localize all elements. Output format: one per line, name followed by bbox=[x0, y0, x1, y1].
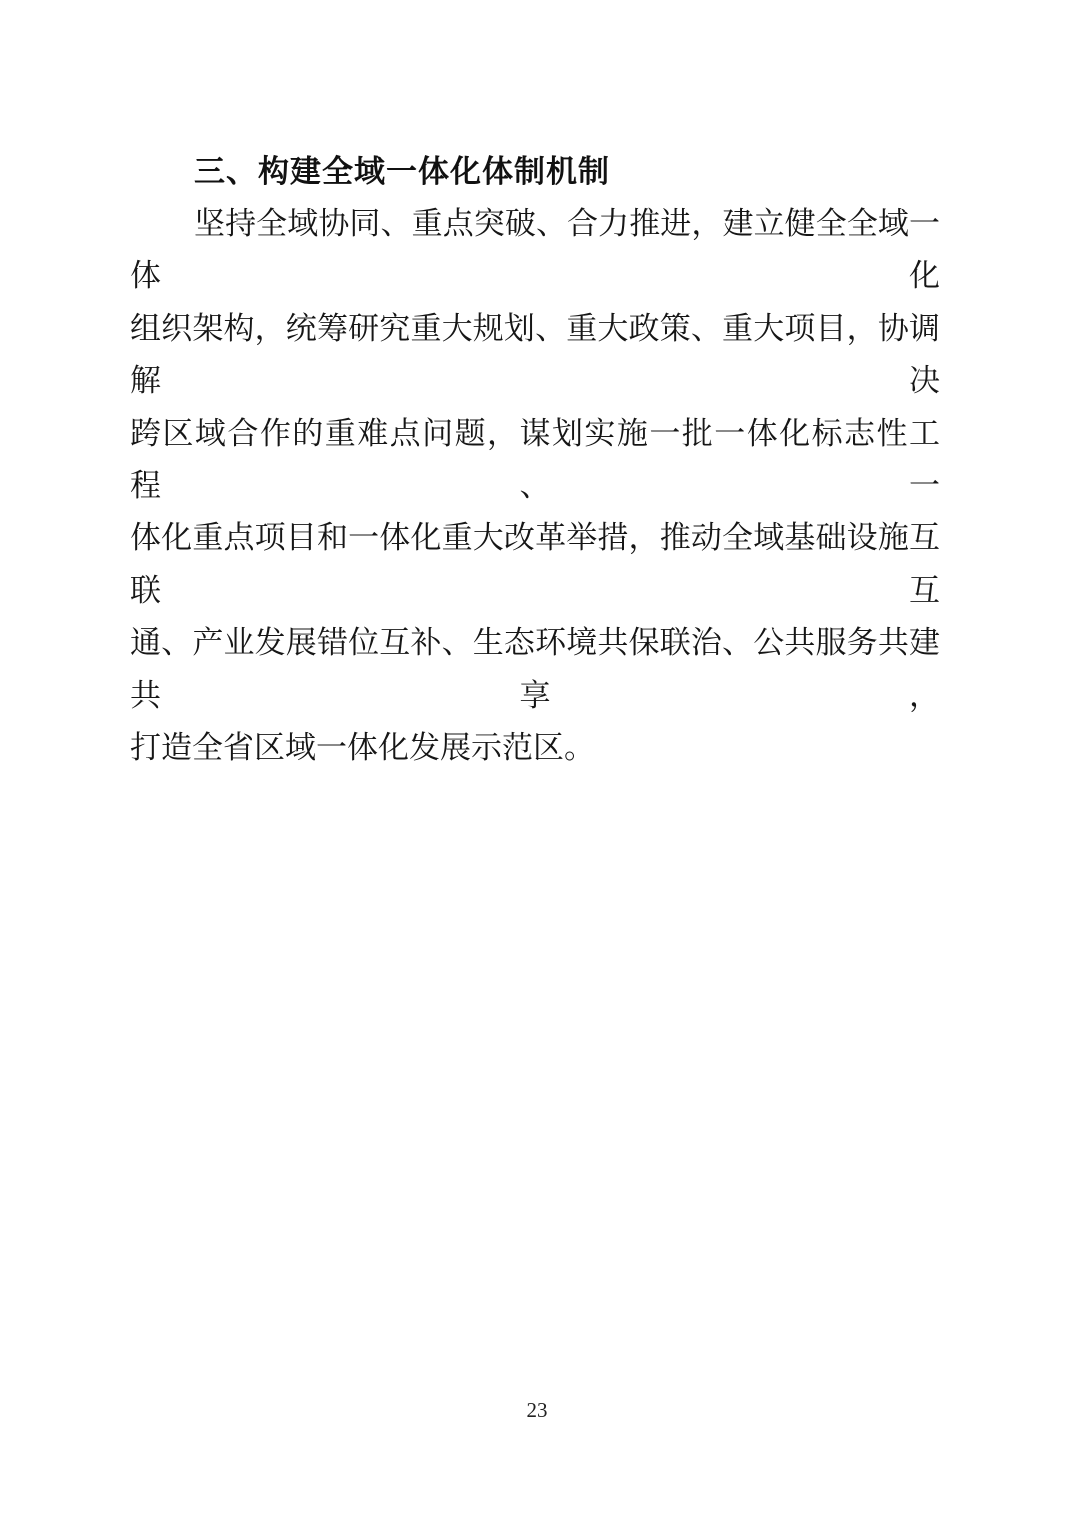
page-content: 三、构建全域一体化体制机制 坚持全域协同、重点突破、合力推进，建立健全全域一体化… bbox=[130, 146, 940, 774]
paragraph-line: 坚持全域协同、重点突破、合力推进，建立健全全域一体化 bbox=[130, 198, 940, 303]
paragraph-line: 跨区域合作的重难点问题，谋划实施一批一体化标志性工程、一 bbox=[130, 408, 940, 513]
body-paragraph: 坚持全域协同、重点突破、合力推进，建立健全全域一体化 组织架构，统筹研究重大规划… bbox=[130, 198, 940, 774]
section-heading: 三、构建全域一体化体制机制 bbox=[130, 146, 940, 198]
page-number: 23 bbox=[0, 1398, 1074, 1423]
paragraph-line: 通、产业发展错位互补、生态环境共保联治、公共服务共建共享， bbox=[130, 617, 940, 722]
document-page: 三、构建全域一体化体制机制 坚持全域协同、重点突破、合力推进，建立健全全域一体化… bbox=[0, 0, 1074, 1520]
paragraph-line: 打造全省区域一体化发展示范区。 bbox=[130, 722, 940, 774]
paragraph-line: 体化重点项目和一体化重大改革举措，推动全域基础设施互联互 bbox=[130, 512, 940, 617]
paragraph-line: 组织架构，统筹研究重大规划、重大政策、重大项目，协调解决 bbox=[130, 303, 940, 408]
